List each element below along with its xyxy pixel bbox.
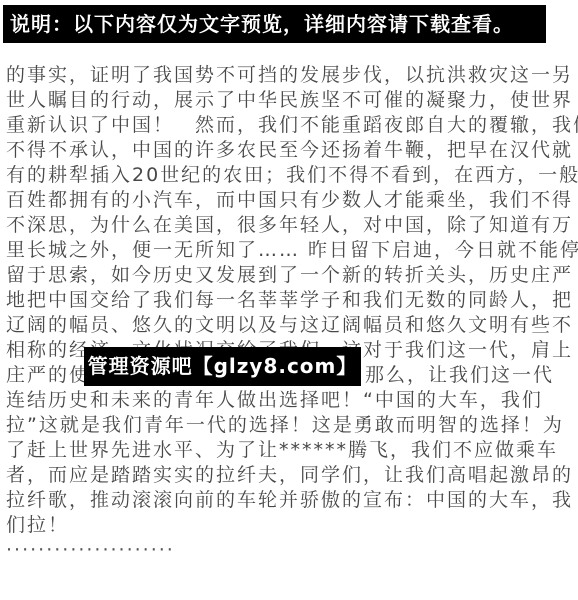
document-preview-page: 说明：以下内容仅为文字预览，详细内容请下载查看。 的事实，证明了我国势不可挡的发… [0, 0, 578, 600]
body-text-line: 世人瞩目的行动，展示了中华民族坚不可催的凝聚力，使世界 [6, 88, 574, 113]
body-text-line: 们拉！ [6, 513, 574, 538]
body-text-line: 拉”这就是我们青年一代的选择！这是勇敢而明智的选择！为 [6, 413, 574, 438]
body-text-line: 辽阔的幅员、悠久的文明以及与这辽阔幅员和悠久文明有些不 [6, 313, 574, 338]
document-body: 的事实，证明了我国势不可挡的发展步伐，以抗洪救灾这一另 世人瞩目的行动，展示了中… [6, 63, 574, 563]
body-text-line: 地把中国交给了我们每一名莘莘学子和我们无数的同龄人，把 [6, 288, 574, 313]
body-text-line: 重新认识了中国！ 然而，我们不能重蹈夜郎自大的覆辙，我们 [6, 113, 574, 138]
watermark-badge: 管理资源吧【glzy8.com】 [84, 347, 361, 386]
body-text-line: 不深思，为什么在美国，很多年轻人，对中国，除了知道有万 [6, 213, 574, 238]
preview-notice-bar: 说明：以下内容仅为文字预览，详细内容请下载查看。 [3, 5, 546, 43]
split-line-left-fragment: 庄严的使 [6, 364, 90, 386]
body-text-line: 不得不承认，中国的许多农民至今还扬着牛鞭，把早在汉代就 [6, 138, 574, 163]
body-text-line: 有的耕犁插入20世纪的农田；我们不得不看到，在西方，一般 [6, 163, 574, 188]
body-text-line: 百姓都拥有的小汽车，而中国只有少数人才能乘坐，我们不得 [6, 188, 574, 213]
body-text-line: 里长城之外，便一无所知了…… 昨日留下启迪，今日就不能停 [6, 238, 574, 263]
body-text-line: 者，而应是踏踏实实的拉纤夫，同学们，让我们高唱起激昂的 [6, 463, 574, 488]
ellipsis-row: ····················· [6, 538, 574, 563]
body-text-line: 拉纤歌，推动滚滚向前的车轮并骄傲的宣布：中国的大车，我 [6, 488, 574, 513]
body-text-line: 的事实，证明了我国势不可挡的发展步伐，以抗洪救灾这一另 [6, 63, 574, 88]
body-text-line: 留于思索，如今历史又发展到了一个新的转折关头，历史庄严 [6, 263, 574, 288]
body-text-line: 了赶上世界先进水平、为了让******腾飞，我们不应做乘车 [6, 438, 574, 463]
body-text-line: 连结历史和未来的青年人做出选择吧！“中国的大车，我们 [6, 388, 574, 413]
split-line-right-fragment: 那么，让我们这一代 [365, 363, 554, 388]
